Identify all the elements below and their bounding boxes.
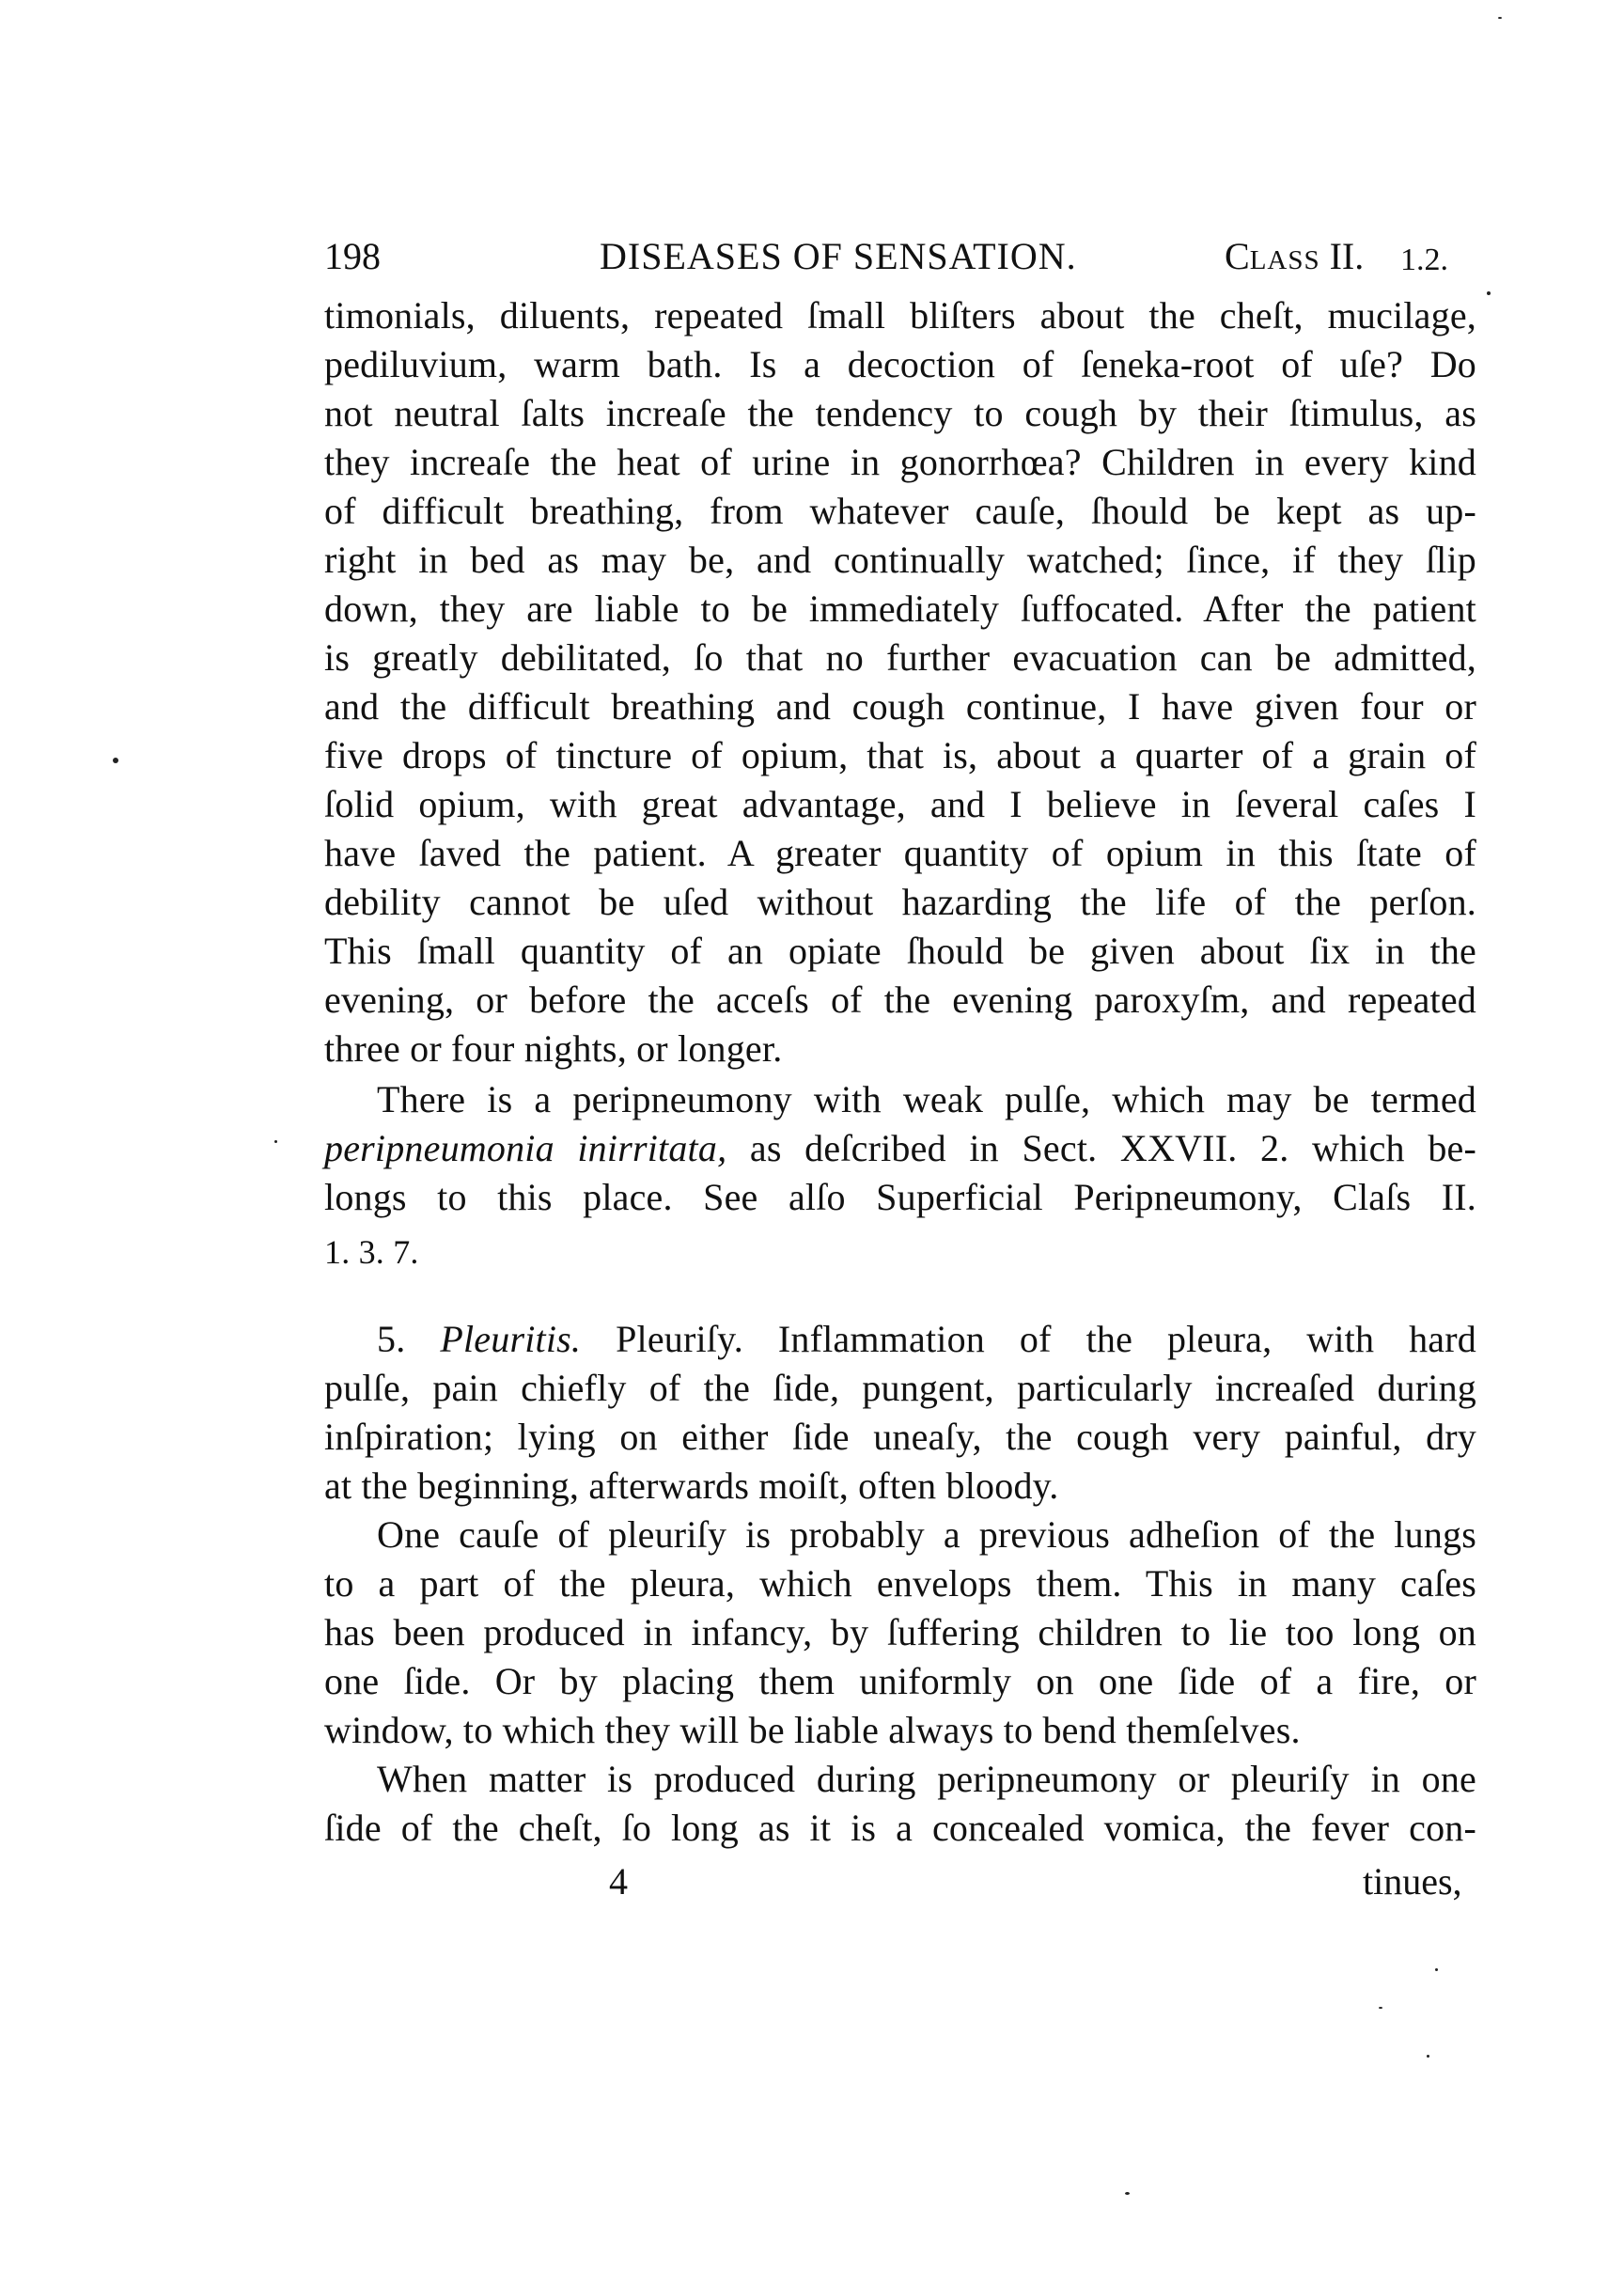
text-line: three or four nights, or longer.	[324, 1030, 1476, 1068]
text-line: When matter is produced during peripneum…	[324, 1761, 1476, 1798]
text-line: This ſmall quantity of an opiate ſhould …	[324, 932, 1476, 970]
text-line: peripneumonia inirritata, as deſcribed i…	[324, 1130, 1476, 1167]
book-page: 198 DISEASES OF SENSATION. CLASS II. 1.2…	[0, 0, 1624, 2286]
running-title: DISEASES OF SENSATION.	[600, 238, 1077, 275]
scan-speck	[1498, 17, 1502, 19]
text-line: evening, or before the acceſs of the eve…	[324, 981, 1476, 1019]
scan-speck	[113, 758, 118, 763]
scan-speck	[1379, 2007, 1382, 2009]
text-line: one ſide. Or by placing them uniformly o…	[324, 1663, 1476, 1700]
class-number: II.	[1330, 235, 1365, 277]
text-line: There is a peripneumony with weak pulſe,…	[324, 1081, 1476, 1119]
text-line: and the difficult breathing and cough co…	[324, 688, 1476, 726]
text-line: timonials, diluents, repeated ſmall bliſ…	[324, 297, 1476, 335]
scan-speck	[1487, 291, 1491, 295]
text-line: pediluvium, warm bath. Is a decoction of…	[324, 346, 1476, 384]
text-line: at the beginning, afterwards moiſt, ofte…	[324, 1467, 1476, 1505]
text-line: right in bed as may be, and continually …	[324, 541, 1476, 579]
text-line: have ſaved the patient. A greater quanti…	[324, 835, 1476, 872]
scan-speck	[274, 1140, 277, 1143]
latin-term: peripneumonia inirritata,	[324, 1127, 726, 1169]
text-line: window, to which they will be liable alw…	[324, 1712, 1476, 1749]
text-line: inſpiration; lying on either ſide uneaſy…	[324, 1418, 1476, 1456]
text-line: of difficult breathing, from whatever ca…	[324, 493, 1476, 530]
text-line: has been produced in infancy, by ſufferi…	[324, 1614, 1476, 1652]
class-initial: C	[1225, 235, 1250, 277]
entry-term: Pleuritis.	[440, 1318, 581, 1360]
signature-mark: 4	[609, 1863, 628, 1901]
text-line: pulſe, pain chiefly of the ſide, pungent…	[324, 1370, 1476, 1407]
class-label: CLASS II.	[1225, 238, 1364, 279]
section-number: 1.2.	[1400, 242, 1448, 279]
text-line: they increaſe the heat of urine in gonor…	[324, 444, 1476, 481]
text-line: five drops of tincture of opium, that is…	[324, 737, 1476, 775]
text-line: longs to this place. See alſo Superficia…	[324, 1179, 1476, 1216]
text-span: as deſcribed in Sect. XXVII. 2. which be…	[726, 1127, 1476, 1169]
scan-speck	[1125, 2192, 1130, 2195]
scan-speck	[1435, 1968, 1438, 1971]
text-line: ſide of the cheſt, ſo long as it is a co…	[324, 1809, 1476, 1847]
text-line: down, they are liable to be immediately …	[324, 590, 1476, 628]
entry-number: 5.	[377, 1318, 440, 1360]
catchword: tinues,	[1363, 1863, 1462, 1901]
text-line: ſolid opium, with great advantage, and I…	[324, 786, 1476, 823]
text-line: to a part of the pleura, which envelops …	[324, 1565, 1476, 1603]
page-number: 198	[324, 238, 381, 275]
text-line: is greatly debilitated, ſo that no furth…	[324, 639, 1476, 677]
text-span: Pleuriſy. Inflammation of the pleura, wi…	[581, 1318, 1476, 1360]
text-line: not neutral ſalts increaſe the tendency …	[324, 395, 1476, 432]
text-line: One cauſe of pleuriſy is probably a prev…	[324, 1516, 1476, 1554]
scan-speck	[1427, 2055, 1429, 2058]
class-smallcaps: LASS	[1250, 245, 1320, 275]
text-line: debility cannot be uſed without hazardin…	[324, 884, 1476, 921]
cross-reference: 1. 3. 7.	[324, 1233, 1476, 1271]
text-line: 5. Pleuritis. Pleuriſy. Inflammation of …	[324, 1321, 1476, 1358]
